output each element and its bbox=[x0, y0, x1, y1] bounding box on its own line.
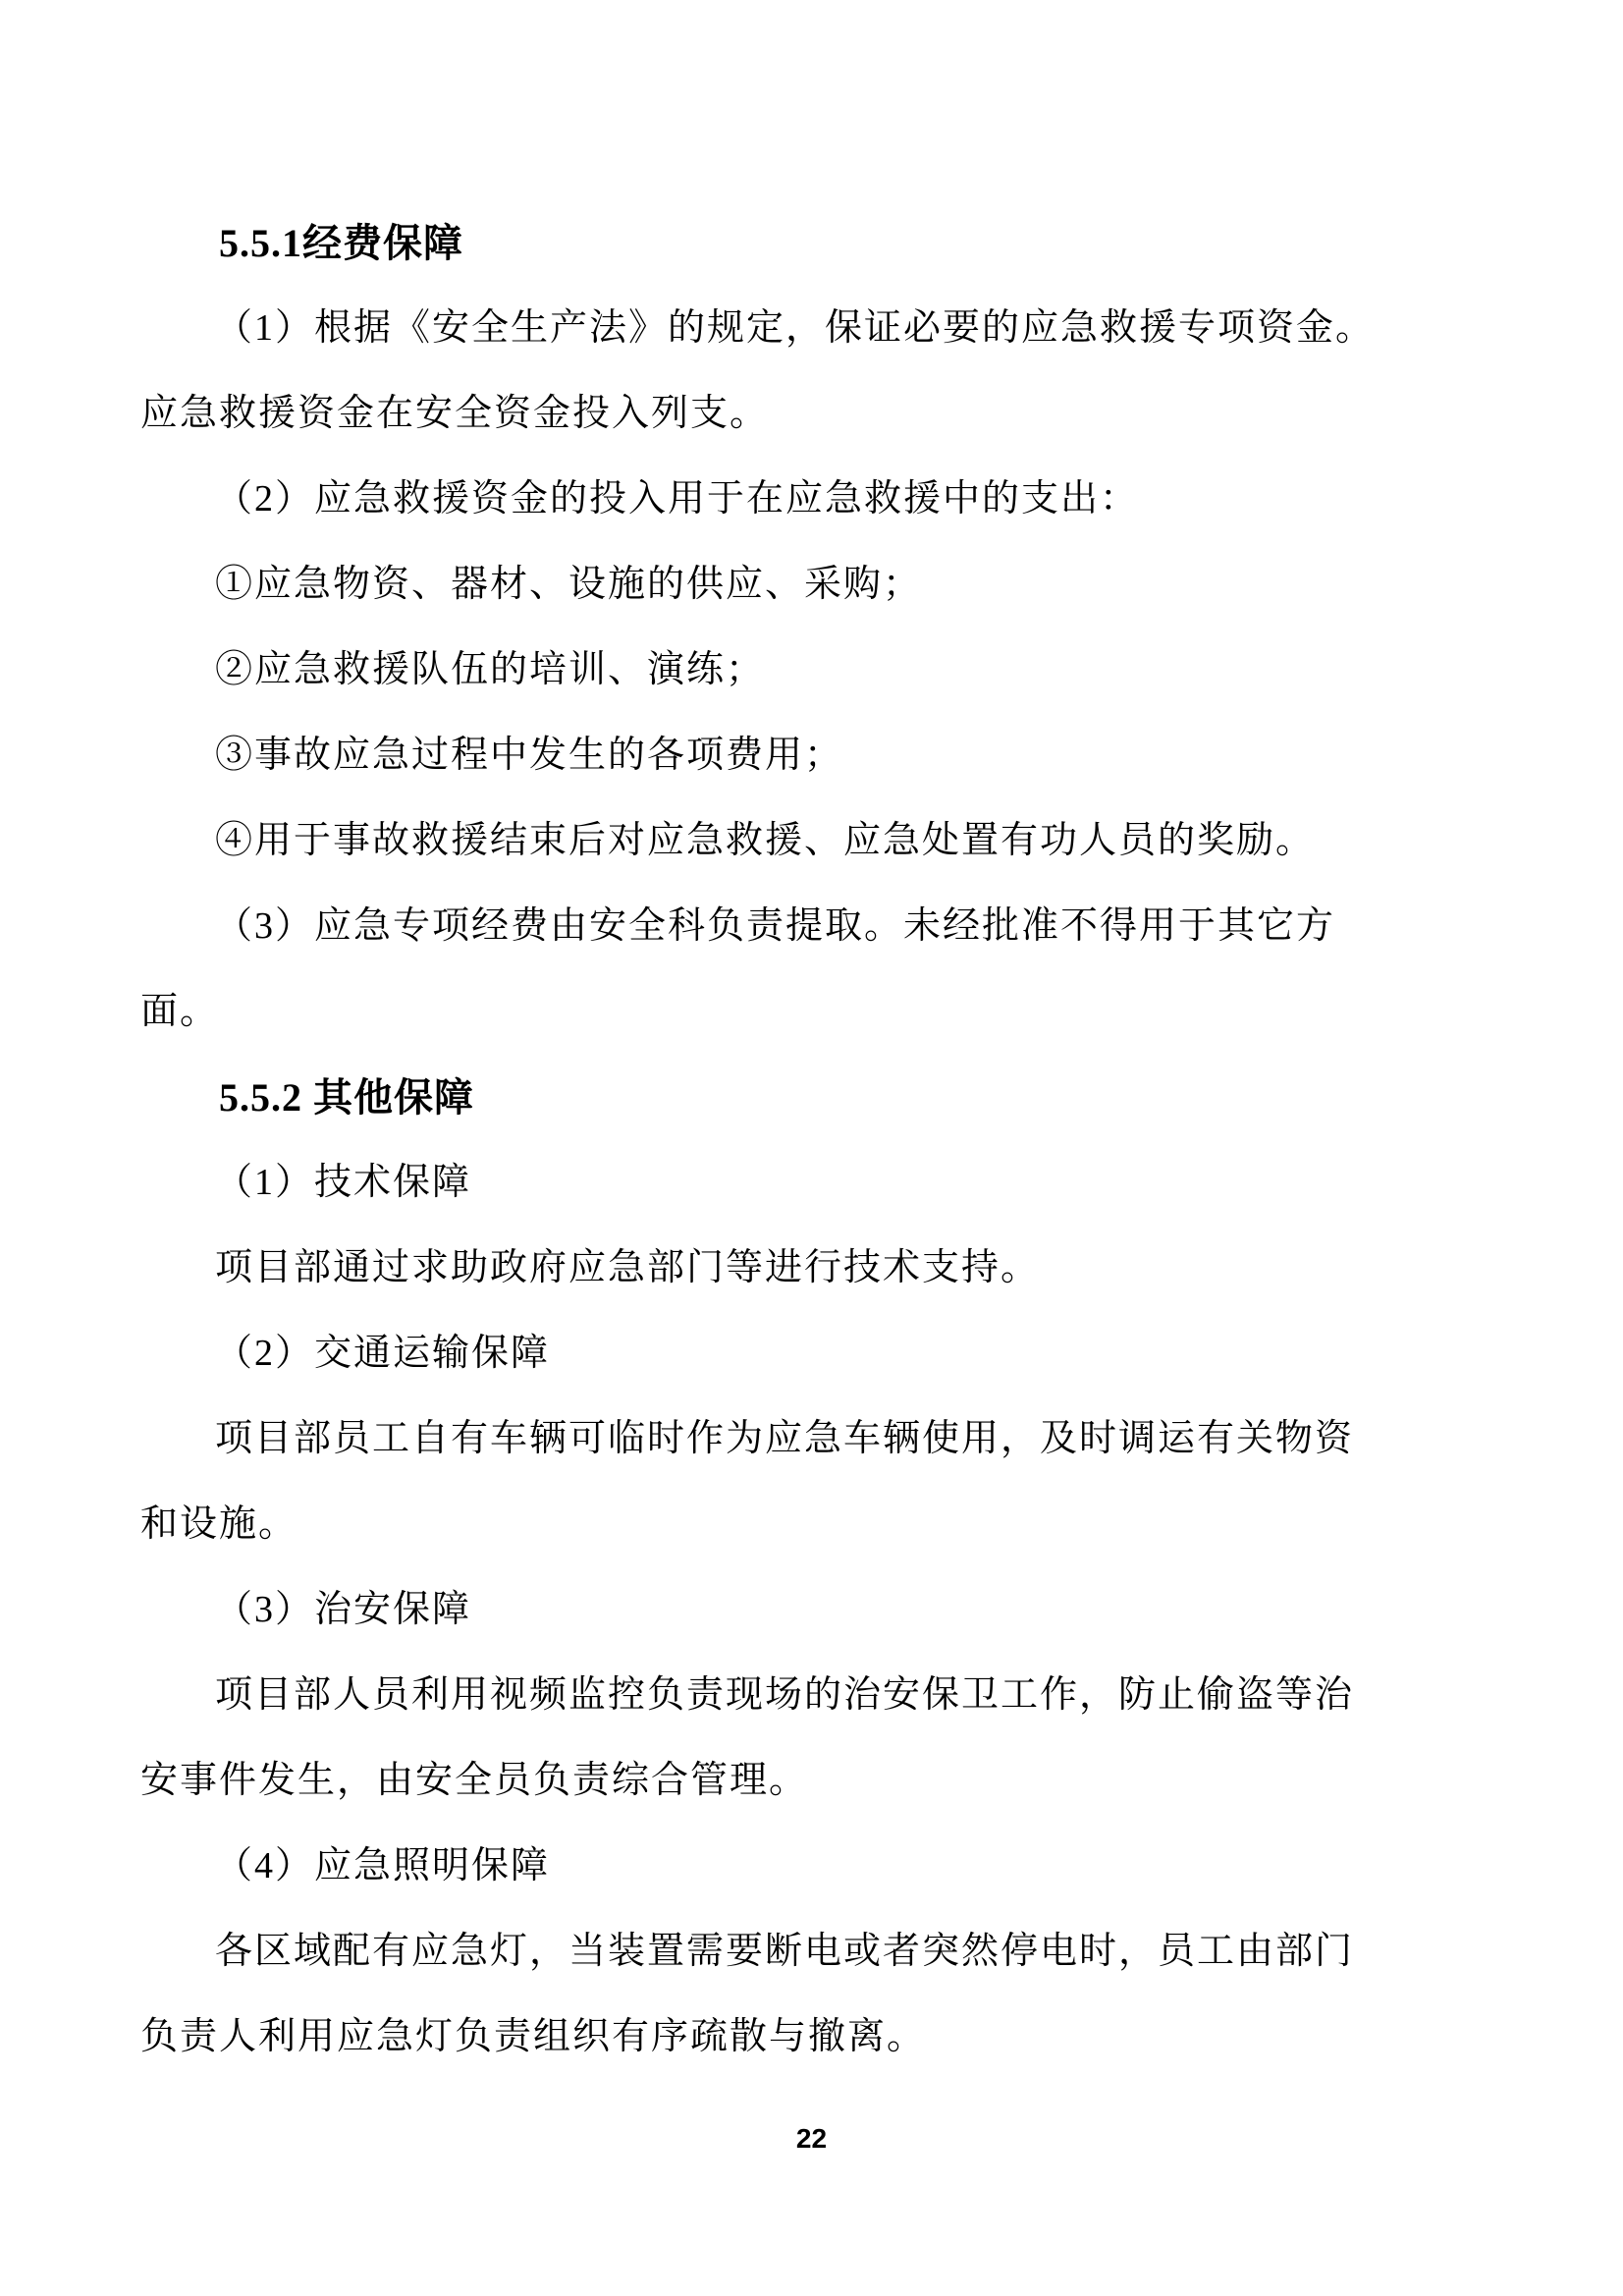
section-heading: 5.5.1经费保障 bbox=[140, 200, 1387, 286]
page-number: 22 bbox=[0, 2123, 1623, 2155]
paragraph: ②应急救援队伍的培训、演练； bbox=[140, 628, 1387, 713]
paragraph: ③事故应急过程中发生的各项费用； bbox=[140, 713, 1387, 798]
paragraph: 项目部员工自有车辆可临时作为应急车辆使用，及时调运有关物资 和设施。 bbox=[140, 1396, 1387, 1567]
paragraph: 各区域配有应急灯，当装置需要断电或者突然停电时，员工由部门 负责人利用应急灯负责… bbox=[140, 1909, 1387, 2080]
paragraph: 项目部人员利用视频监控负责现场的治安保卫工作，防止偷盗等治 安事件发生，由安全员… bbox=[140, 1653, 1387, 1824]
paragraph: ④用于事故救援结束后对应急救援、应急处置有功人员的奖励。 bbox=[140, 798, 1387, 884]
paragraph: 项目部通过求助政府应急部门等进行技术支持。 bbox=[140, 1226, 1387, 1311]
paragraph: （2）应急救援资金的投入用于在应急救援中的支出： bbox=[140, 457, 1387, 542]
paragraph: （1）技术保障 bbox=[140, 1140, 1387, 1226]
paragraph: （3）治安保障 bbox=[140, 1567, 1387, 1653]
paragraph: （1）根据《安全生产法》的规定，保证必要的应急救援专项资金。 应急救援资金在安全… bbox=[140, 286, 1387, 457]
document-body: 5.5.1经费保障（1）根据《安全生产法》的规定，保证必要的应急救援专项资金。 … bbox=[140, 200, 1387, 2080]
paragraph: （3）应急专项经费由安全科负责提取。未经批准不得用于其它方 面。 bbox=[140, 884, 1387, 1055]
document-page: 5.5.1经费保障（1）根据《安全生产法》的规定，保证必要的应急救援专项资金。 … bbox=[0, 0, 1623, 2296]
paragraph: ①应急物资、器材、设施的供应、采购； bbox=[140, 542, 1387, 628]
paragraph: （2）交通运输保障 bbox=[140, 1311, 1387, 1396]
paragraph: （4）应急照明保障 bbox=[140, 1824, 1387, 1909]
section-heading: 5.5.2 其他保障 bbox=[140, 1055, 1387, 1140]
